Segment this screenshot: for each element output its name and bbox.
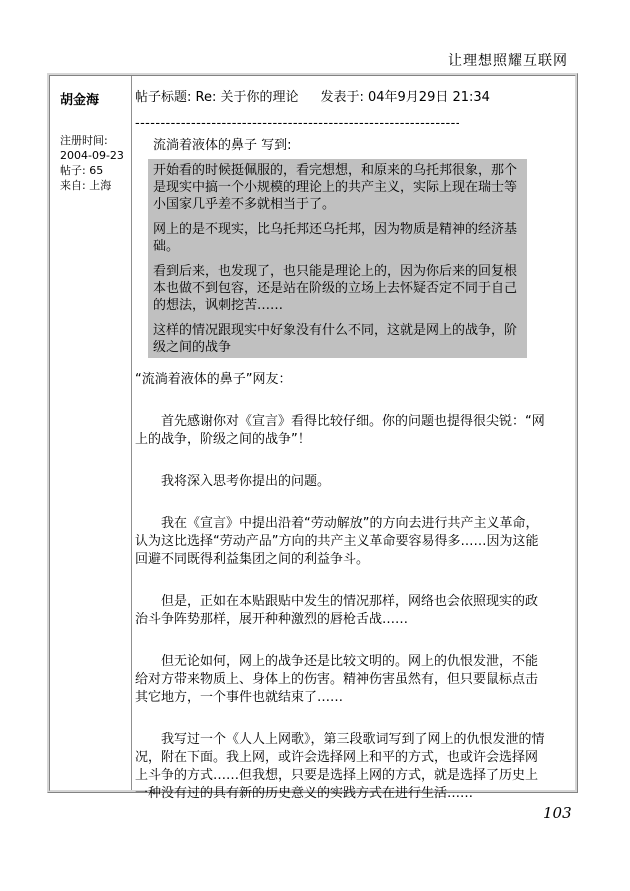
author-meta-line: 2004-09-23 [60, 148, 127, 163]
quote-paragraph: 这样的情况跟现实中好象没有什么不同，这就是网上的战争，阶级之间的战争 [153, 322, 522, 356]
post-title: 帖子标题: Re: 关于你的理论 [135, 90, 298, 105]
separator-line: ----------------------------------------… [135, 115, 459, 133]
post-title-row: 帖子标题: Re: 关于你的理论发表于: 04年9月29日 21:34 [135, 89, 549, 107]
quote-paragraph: 看到后来，也发现了，也只能是理论上的，因为你后来的回复根本也做不到包容，还是站在… [153, 263, 522, 314]
reply-paragraph: 我将深入思考你提出的问题。 [135, 473, 549, 491]
quote-intro: 流淌着液体的鼻子 写到: [135, 137, 549, 155]
document-page: 让理想照耀互联网 胡金海 注册时间: 2004-09-23 帖子: 65 来自:… [0, 0, 630, 891]
author-meta-line: 帖子: 65 [60, 163, 127, 178]
quote-paragraph: 网上的是不现实，比乌托邦还乌托邦，因为物质是精神的经济基础。 [153, 221, 522, 255]
author-name: 胡金海 [60, 89, 127, 108]
author-panel: 胡金海 注册时间: 2004-09-23 帖子: 65 来自: 上海 [50, 76, 132, 790]
reply-salutation: “流淌着液体的鼻子”网友： [135, 371, 549, 389]
reply-paragraph: 我在《宣言》中提出沿着“劳动解放”的方向去进行共产主义革命，认为这比选择“劳动产… [135, 515, 549, 569]
author-meta-line: 来自: 上海 [60, 178, 127, 193]
reply-paragraph: 首先感谢你对《宣言》看得比较仔细。你的问题也提得很尖锐：“网上的战争，阶级之间的… [135, 413, 549, 449]
page-number: 103 [543, 804, 572, 822]
post-date: 发表于: 04年9月29日 21:34 [320, 90, 489, 105]
forum-post-table: 胡金海 注册时间: 2004-09-23 帖子: 65 来自: 上海 帖子标题:… [47, 73, 578, 793]
post-content: 帖子标题: Re: 关于你的理论发表于: 04年9月29日 21:34 ----… [132, 76, 575, 790]
reply-paragraph: 但无论如何，网上的战争还是比较文明的。网上的仇恨发泄，不能给对方带来物质上、身体… [135, 653, 549, 707]
book-running-header: 让理想照耀互联网 [47, 50, 568, 70]
reply-body: 首先感谢你对《宣言》看得比较仔细。你的问题也提得很尖锐：“网上的战争，阶级之间的… [135, 413, 549, 803]
reply-paragraph: 但是，正如在本贴跟贴中发生的情况那样，网络也会依照现实的政治斗争阵势那样，展开种… [135, 593, 549, 629]
author-meta: 注册时间: 2004-09-23 帖子: 65 来自: 上海 [60, 133, 127, 193]
reply-paragraph: 我写过一个《人人上网歌》，第三段歌词写到了网上的仇恨发泄的情况，附在下面。我上网… [135, 731, 549, 803]
author-meta-line: 注册时间: [60, 133, 127, 148]
quoted-message: 开始看的时候挺佩服的，看完想想，和原来的乌托邦很象，那个是现实中搞一个小规模的理… [148, 159, 527, 358]
quote-paragraph: 开始看的时候挺佩服的，看完想想，和原来的乌托邦很象，那个是现实中搞一个小规模的理… [153, 162, 522, 213]
